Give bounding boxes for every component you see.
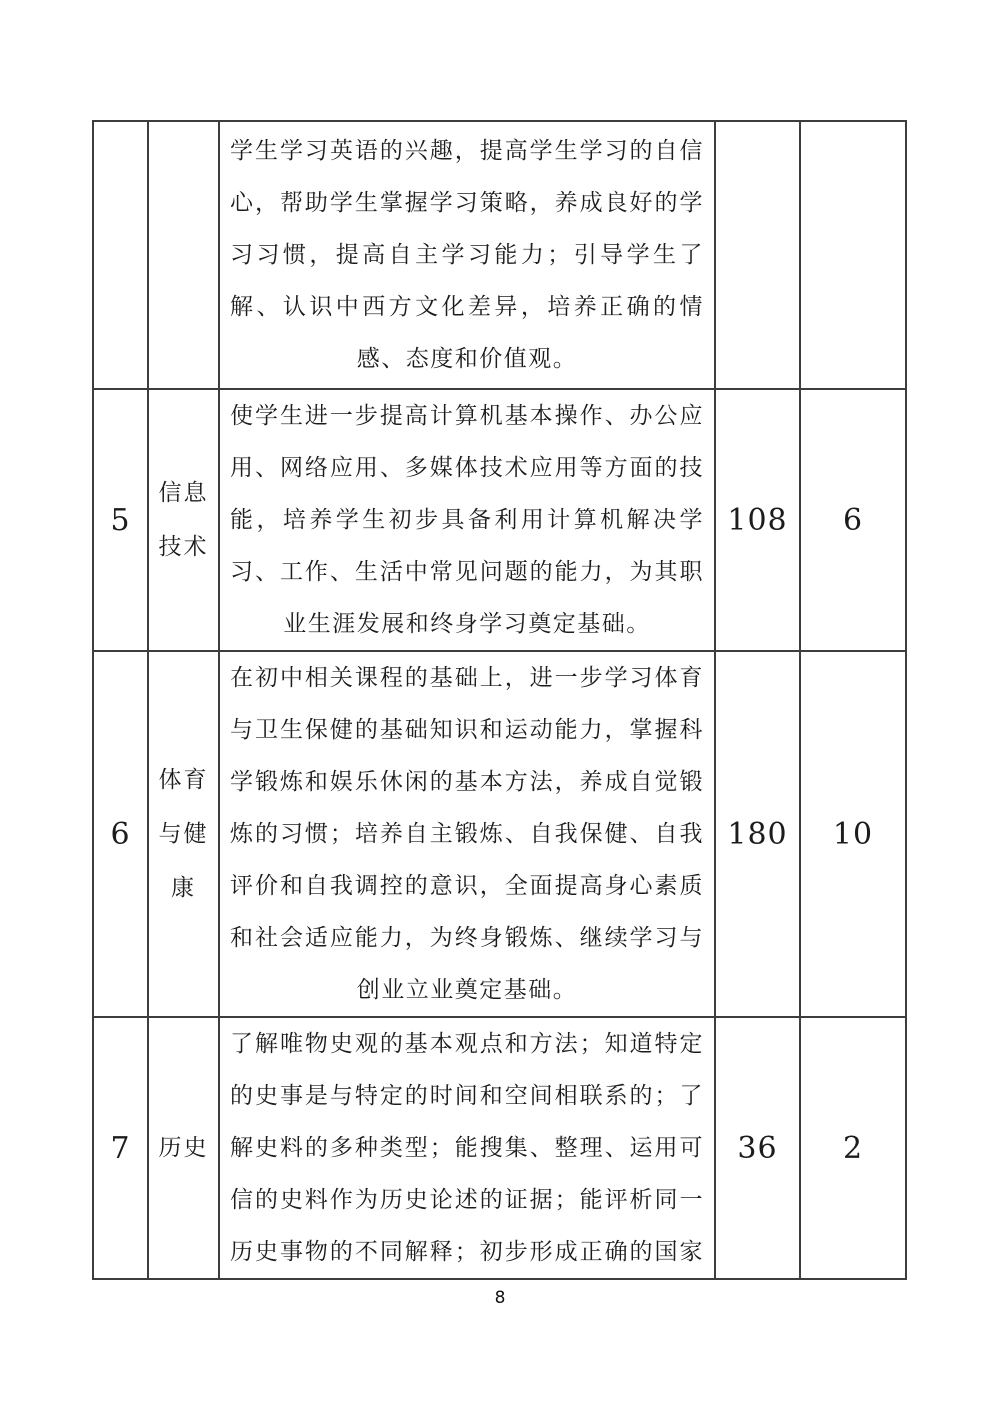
cell-subject: 体育与健康 (148, 651, 219, 1017)
cell-description: 了解唯物史观的基本观点和方法；知道特定的史事是与特定的时间和空间相联系的；了解史… (219, 1017, 715, 1279)
cell-description: 学生学习英语的兴趣，提高学生学习的自信心，帮助学生掌握学习策略，养成良好的学习习… (219, 121, 715, 389)
cell-row-number: 6 (93, 651, 148, 1017)
cell-hours (715, 121, 800, 389)
cell-description: 使学生进一步提高计算机基本操作、办公应用、网络应用、多媒体技术应用等方面的技能，… (219, 389, 715, 651)
table-row: 学生学习英语的兴趣，提高学生学习的自信心，帮助学生掌握学习策略，养成良好的学习习… (93, 121, 906, 389)
cell-description: 在初中相关课程的基础上，进一步学习体育与卫生保健的基础知识和运动能力，掌握科学锻… (219, 651, 715, 1017)
page-number: 8 (0, 1288, 1000, 1308)
cell-row-number (93, 121, 148, 389)
document-page: 学生学习英语的兴趣，提高学生学习的自信心，帮助学生掌握学习策略，养成良好的学习习… (0, 0, 1000, 1413)
cell-credits (800, 121, 906, 389)
cell-row-number: 5 (93, 389, 148, 651)
cell-row-number: 7 (93, 1017, 148, 1279)
table-row: 5 信息技术 使学生进一步提高计算机基本操作、办公应用、网络应用、多媒体技术应用… (93, 389, 906, 651)
cell-credits: 10 (800, 651, 906, 1017)
cell-subject (148, 121, 219, 389)
cell-hours: 108 (715, 389, 800, 651)
table-row: 7 历史 了解唯物史观的基本观点和方法；知道特定的史事是与特定的时间和空间相联系… (93, 1017, 906, 1279)
cell-subject: 历史 (148, 1017, 219, 1279)
table-row: 6 体育与健康 在初中相关课程的基础上，进一步学习体育与卫生保健的基础知识和运动… (93, 651, 906, 1017)
cell-credits: 6 (800, 389, 906, 651)
curriculum-table: 学生学习英语的兴趣，提高学生学习的自信心，帮助学生掌握学习策略，养成良好的学习习… (92, 120, 907, 1280)
cell-hours: 36 (715, 1017, 800, 1279)
cell-credits: 2 (800, 1017, 906, 1279)
cell-hours: 180 (715, 651, 800, 1017)
cell-subject: 信息技术 (148, 389, 219, 651)
